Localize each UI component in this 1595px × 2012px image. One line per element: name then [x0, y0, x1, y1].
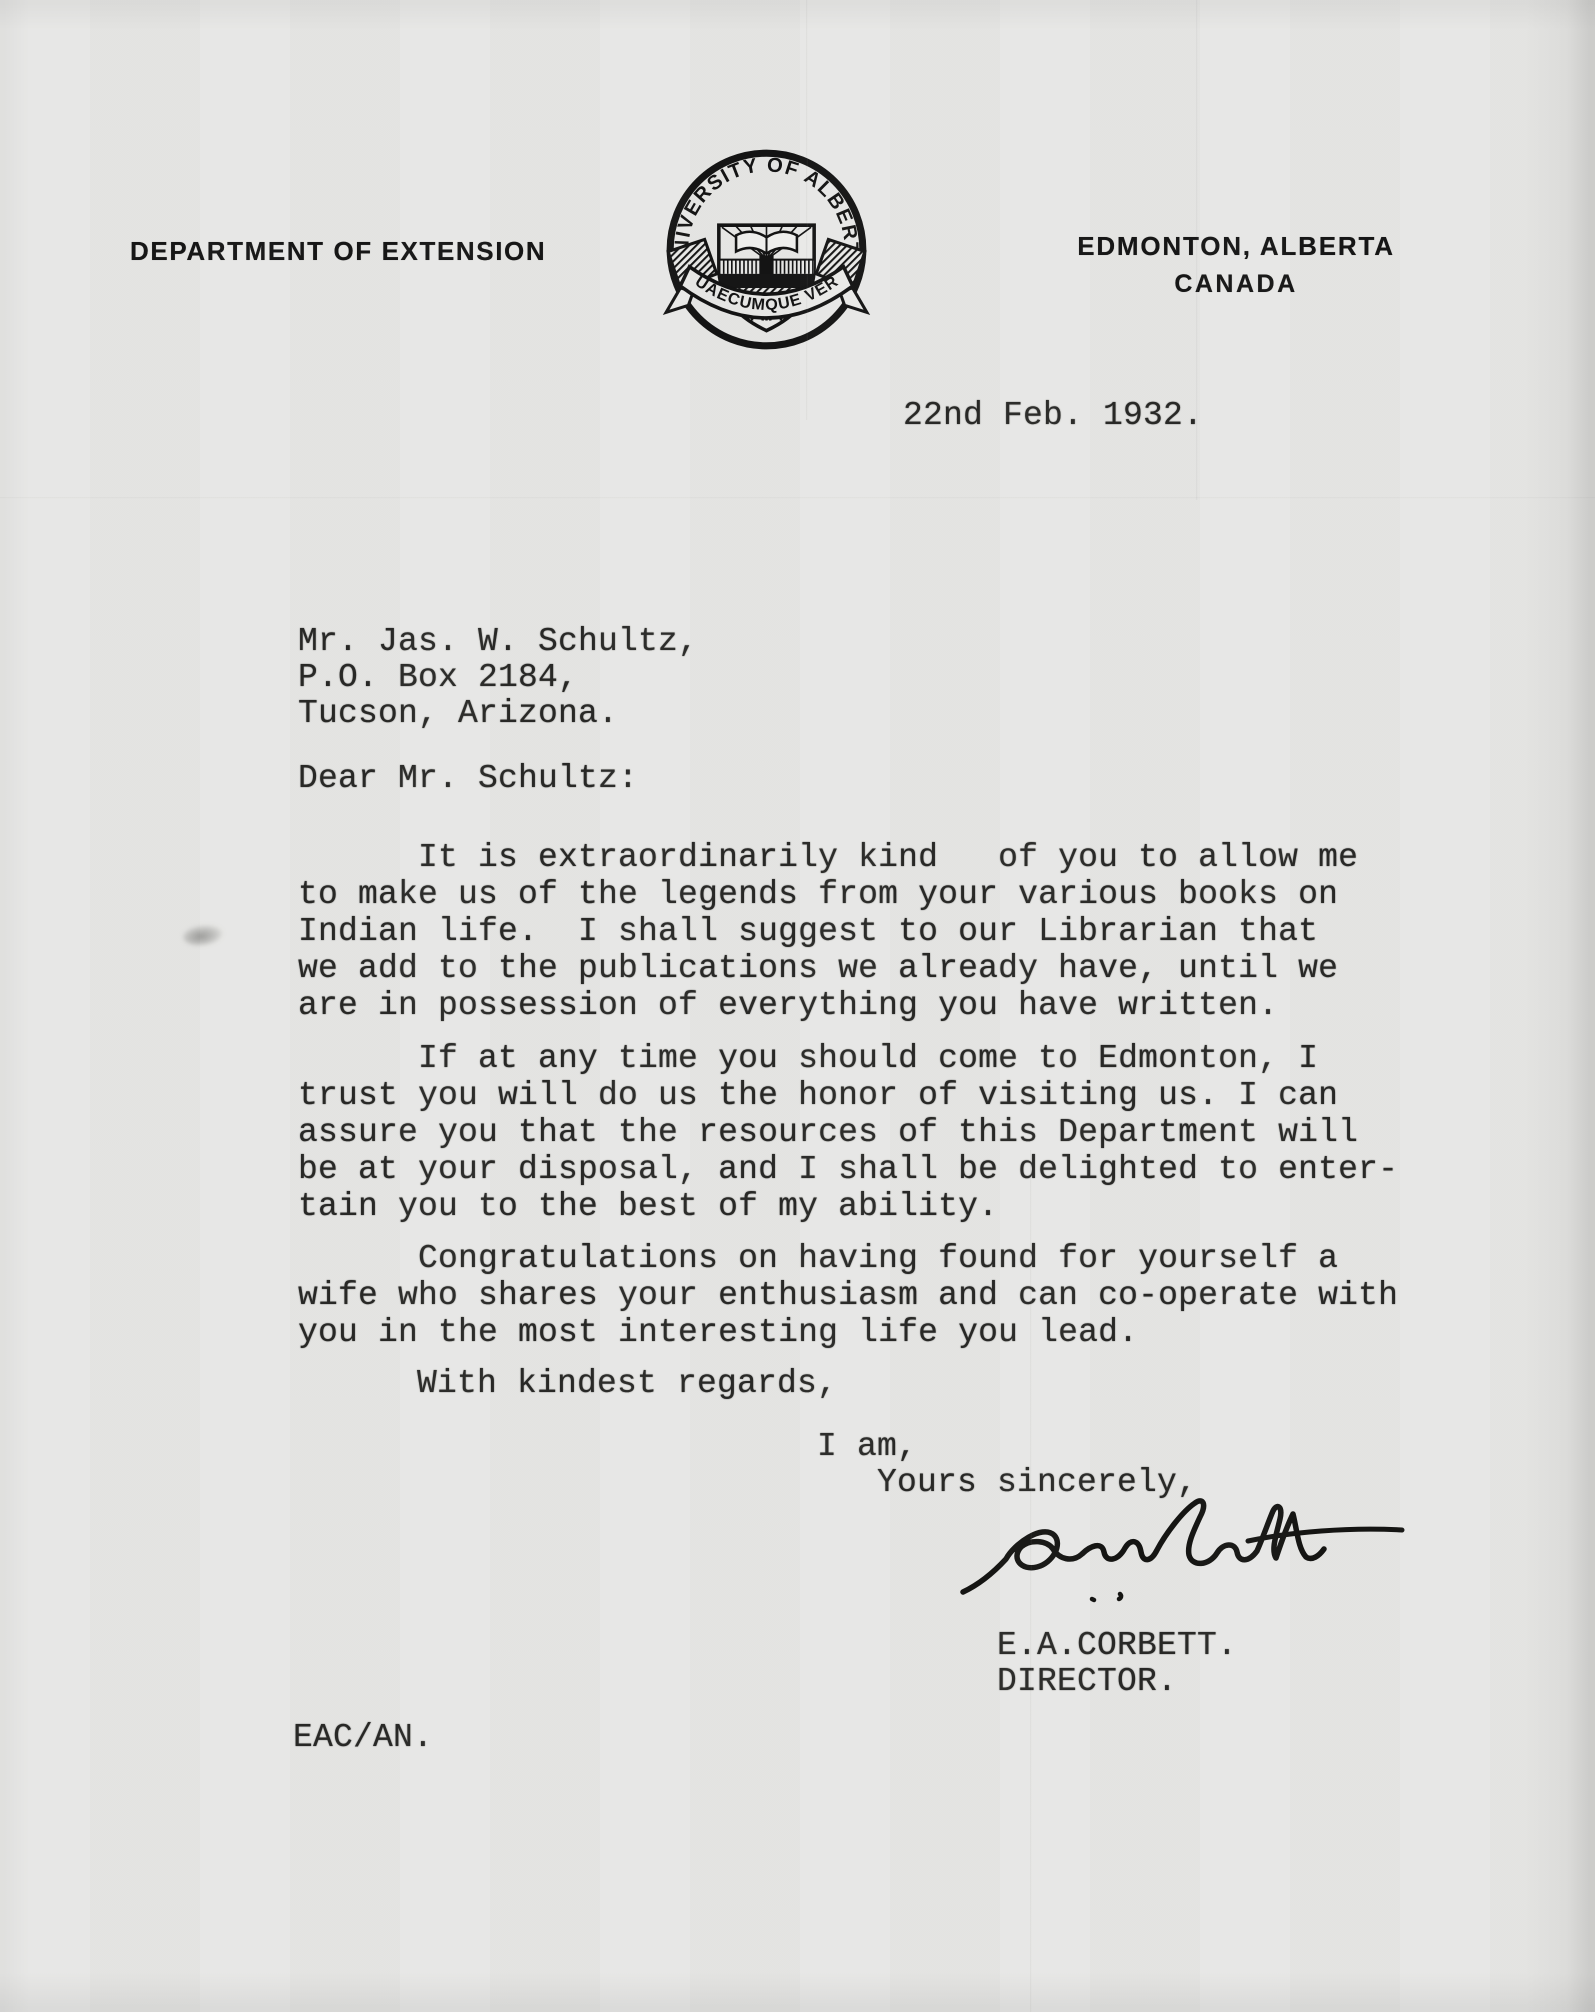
- location-country-line: CANADA: [1060, 270, 1412, 299]
- date-line: 22nd Feb. 1932.: [903, 397, 1203, 434]
- text-line: be at your disposal, and I shall be deli…: [298, 1151, 1398, 1188]
- signature-ea-corbett: [950, 1496, 1420, 1616]
- text-line: P.O. Box 2184,: [298, 660, 698, 696]
- text-line: wife who shares your enthusiasm and can …: [298, 1277, 1398, 1314]
- typed-signature-block: E.A.CORBETT.DIRECTOR.: [997, 1628, 1237, 1700]
- text-line: you in the most interesting life you lea…: [298, 1314, 1398, 1351]
- text-line: It is extraordinarily kind of you to all…: [298, 839, 1358, 876]
- text-line: to make us of the legends from your vari…: [298, 876, 1358, 913]
- location-city-line: EDMONTON, ALBERTA: [1060, 231, 1412, 262]
- recipient-address: Mr. Jas. W. Schultz,P.O. Box 2184,Tucson…: [298, 624, 698, 732]
- ink-smudge: [182, 922, 224, 947]
- letterhead-location: EDMONTON, ALBERTA CANADA: [1060, 231, 1412, 299]
- closing-i-am: I am,: [817, 1428, 917, 1465]
- text-line: are in possession of everything you have…: [298, 987, 1358, 1024]
- text-line: Congratulations on having found for your…: [298, 1240, 1398, 1277]
- body-paragraph-1: It is extraordinarily kind of you to all…: [298, 839, 1358, 1024]
- body-paragraph-3: Congratulations on having found for your…: [298, 1240, 1398, 1351]
- text-line: assure you that the resources of this De…: [298, 1114, 1398, 1151]
- text-line: DIRECTOR.: [997, 1664, 1237, 1700]
- text-line: If at any time you should come to Edmont…: [298, 1040, 1398, 1077]
- salutation: Dear Mr. Schultz:: [298, 760, 638, 797]
- text-line: tain you to the best of my ability.: [298, 1188, 1398, 1225]
- fold-crease: [0, 497, 1595, 499]
- university-of-alberta-seal-icon: UNIVERSITY OF ALBERTA: [658, 146, 876, 350]
- body-paragraph-2: If at any time you should come to Edmont…: [298, 1040, 1398, 1225]
- text-line: E.A.CORBETT.: [997, 1628, 1237, 1664]
- reference-initials: EAC/AN.: [293, 1719, 433, 1756]
- text-line: trust you will do us the honor of visiti…: [298, 1077, 1398, 1114]
- text-line: we add to the publications we already ha…: [298, 950, 1358, 987]
- scanned-letter-page: DEPARTMENT OF EXTENSION UNIVERSITY OF AL…: [0, 0, 1595, 2012]
- regards-line: With kindest regards,: [417, 1365, 837, 1402]
- text-line: Mr. Jas. W. Schultz,: [298, 624, 698, 660]
- department-name: DEPARTMENT OF EXTENSION: [130, 236, 546, 267]
- text-line: Tucson, Arizona.: [298, 696, 698, 732]
- text-line: Indian life. I shall suggest to our Libr…: [298, 913, 1358, 950]
